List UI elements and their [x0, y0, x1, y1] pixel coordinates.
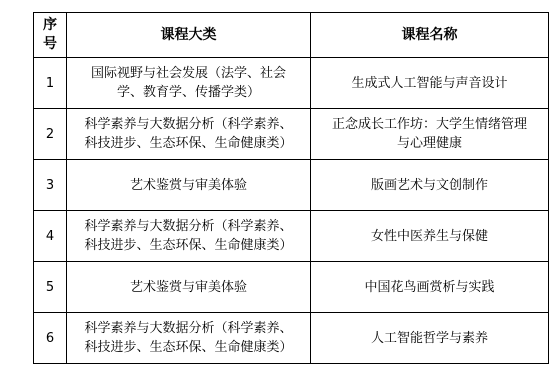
category-line: 科技进步、生态环保、生命健康类） — [71, 338, 306, 357]
category-line: 科学素养与大数据分析（科学素养、 — [71, 217, 306, 236]
table-row: 4 科学素养与大数据分析（科学素养、 科技进步、生态环保、生命健康类） 女性中医… — [34, 211, 549, 262]
row-category: 科学素养与大数据分析（科学素养、 科技进步、生态环保、生命健康类） — [67, 313, 311, 364]
table-row: 3 艺术鉴赏与审美体验 版画艺术与文创制作 — [34, 160, 549, 211]
row-course-name: 中国花鸟画赏析与实践 — [311, 262, 549, 313]
table-header-row: 序 号 课程大类 课程名称 — [34, 13, 549, 58]
category-line: 科学素养与大数据分析（科学素养、 — [71, 319, 306, 338]
row-category: 国际视野与社会发展（法学、社会 学、教育学、传播学类） — [67, 58, 311, 109]
name-line: 人工智能哲学与素养 — [315, 329, 544, 348]
row-index: 2 — [34, 109, 67, 160]
row-course-name: 人工智能哲学与素养 — [311, 313, 549, 364]
name-line: 正念成长工作坊：大学生情绪管理 — [315, 115, 544, 134]
category-line: 科技进步、生态环保、生命健康类） — [71, 134, 306, 153]
row-index: 3 — [34, 160, 67, 211]
row-category: 艺术鉴赏与审美体验 — [67, 262, 311, 313]
row-index: 6 — [34, 313, 67, 364]
header-category: 课程大类 — [67, 13, 311, 58]
table-row: 6 科学素养与大数据分析（科学素养、 科技进步、生态环保、生命健康类） 人工智能… — [34, 313, 549, 364]
row-category: 艺术鉴赏与审美体验 — [67, 160, 311, 211]
row-course-name: 正念成长工作坊：大学生情绪管理 与心理健康 — [311, 109, 549, 160]
row-course-name: 版画艺术与文创制作 — [311, 160, 549, 211]
header-index: 序 号 — [34, 13, 67, 58]
table-row: 2 科学素养与大数据分析（科学素养、 科技进步、生态环保、生命健康类） 正念成长… — [34, 109, 549, 160]
row-course-name: 女性中医养生与保健 — [311, 211, 549, 262]
category-line: 艺术鉴赏与审美体验 — [71, 278, 306, 297]
row-course-name: 生成式人工智能与声音设计 — [311, 58, 549, 109]
category-line: 科技进步、生态环保、生命健康类） — [71, 236, 306, 255]
header-index-line2: 号 — [38, 35, 62, 54]
row-index: 5 — [34, 262, 67, 313]
category-line: 艺术鉴赏与审美体验 — [71, 176, 306, 195]
name-line: 与心理健康 — [315, 134, 544, 153]
name-line: 中国花鸟画赏析与实践 — [315, 278, 544, 297]
header-index-line1: 序 — [38, 16, 62, 35]
name-line: 生成式人工智能与声音设计 — [315, 74, 544, 93]
row-index: 1 — [34, 58, 67, 109]
table-row: 1 国际视野与社会发展（法学、社会 学、教育学、传播学类） 生成式人工智能与声音… — [34, 58, 549, 109]
row-category: 科学素养与大数据分析（科学素养、 科技进步、生态环保、生命健康类） — [67, 211, 311, 262]
row-category: 科学素养与大数据分析（科学素养、 科技进步、生态环保、生命健康类） — [67, 109, 311, 160]
category-line: 学、教育学、传播学类） — [71, 83, 306, 102]
course-table: 序 号 课程大类 课程名称 1 国际视野与社会发展（法学、社会 学、教育学、传播… — [33, 12, 549, 364]
table-row: 5 艺术鉴赏与审美体验 中国花鸟画赏析与实践 — [34, 262, 549, 313]
name-line: 女性中医养生与保健 — [315, 227, 544, 246]
header-name: 课程名称 — [311, 13, 549, 58]
row-index: 4 — [34, 211, 67, 262]
category-line: 科学素养与大数据分析（科学素养、 — [71, 115, 306, 134]
name-line: 版画艺术与文创制作 — [315, 176, 544, 195]
category-line: 国际视野与社会发展（法学、社会 — [71, 64, 306, 83]
